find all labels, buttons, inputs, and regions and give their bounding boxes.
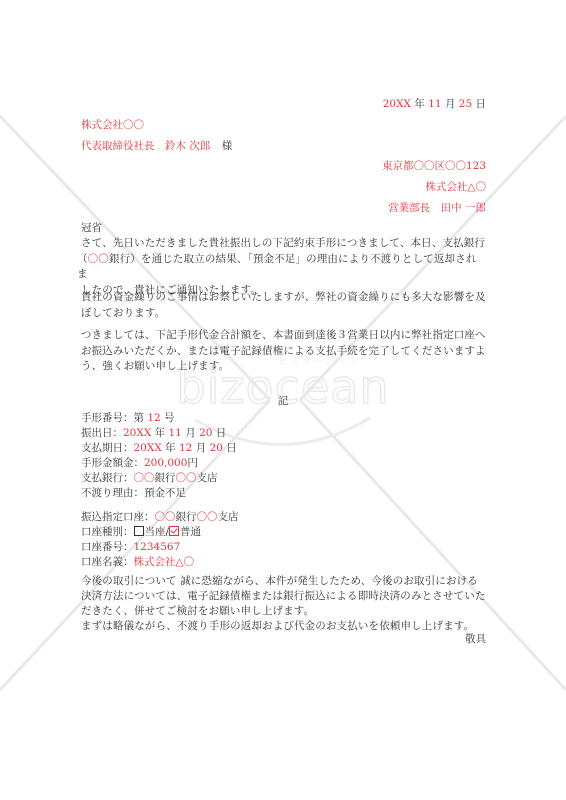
account-holder-value: 株式会社△〇 [134, 556, 195, 568]
detail-year: 20XX [123, 427, 151, 439]
sender-company: 株式会社△〇 [425, 180, 486, 194]
date-month: 11 [428, 98, 441, 110]
closing-p5-text: まずは略儀ながら、不渡り手形の返却および代金のお支払いを依頼申し上げます。 [81, 619, 487, 634]
account-bank-unit: 銀行 [176, 511, 197, 523]
sender-address: 東京都〇〇区〇〇123 [382, 159, 486, 173]
account-label: 振込指定口座： [81, 511, 155, 523]
detail-prefix: 第 [134, 412, 148, 424]
account-branch: 〇〇 [197, 511, 218, 523]
detail-amount: 手形金額金：200,000円 [81, 456, 198, 470]
recipient-company: 株式会社〇〇 [81, 118, 144, 132]
account-holder: 口座名義：株式会社△〇 [81, 555, 194, 569]
checkbox-ordinary-account[interactable] [169, 526, 179, 536]
detail-branch-unit: 支店 [197, 472, 218, 484]
date-year: 20XX [383, 98, 411, 110]
detail-label: 手形番号： [81, 412, 134, 424]
body-p2-text: 貴社の資金繰りのご事情はお察しいたしますが、弊社の資金繰りにも多大な影響を及ぼし… [81, 290, 487, 321]
detail-unit: 円 [187, 457, 198, 469]
sign-off: 敬具 [465, 632, 486, 646]
detail-year-unit: 年 [162, 442, 179, 454]
detail-month: 11 [169, 427, 182, 439]
detail-branch: 〇〇 [176, 472, 197, 484]
detail-month-unit: 月 [182, 427, 199, 439]
detail-month-unit: 月 [192, 442, 209, 454]
date-month-unit: 月 [445, 98, 456, 110]
detail-day-unit: 日 [223, 442, 237, 454]
detail-label: 支払銀行： [81, 472, 134, 484]
detail-label: 手形金額金： [81, 457, 144, 469]
date-year-unit: 年 [414, 98, 425, 110]
account-type-option-current: 当座 [145, 526, 166, 538]
recipient-title-name: 代表取締役社長 鈴木 次郎 [81, 140, 210, 152]
ki-heading: 記 [0, 394, 566, 408]
detail-year: 20XX [134, 442, 162, 454]
recipient-name-line: 代表取締役社長 鈴木 次郎 様 [81, 139, 232, 153]
document-page: 20XX 年 11 月 25 日 株式会社〇〇 代表取締役社長 鈴木 次郎 様 … [0, 0, 566, 800]
account-bank: 〇〇 [155, 511, 176, 523]
detail-value: 12 [147, 412, 160, 424]
detail-day: 20 [199, 427, 212, 439]
detail-bank: 〇〇 [134, 472, 155, 484]
closing-paragraph-1: 今後の取引について 誠に恐縮ながら、本件が発生したため、今後のお取引における決済… [81, 574, 487, 634]
detail-bank-unit: 銀行 [155, 472, 176, 484]
date-day: 25 [459, 98, 472, 110]
detail-year-unit: 年 [151, 427, 168, 439]
date-day-unit: 日 [476, 98, 487, 110]
detail-label: 支払期日： [81, 442, 134, 454]
body-paragraph-3: つきましては、下記手形代金合計額を、本書面到達後３営業日以内に弊社指定口座へお振… [81, 328, 487, 375]
account-type: 口座種別：当座/普通 [81, 525, 201, 539]
detail-note-number: 手形番号：第 12 号 [81, 411, 175, 425]
detail-paying-bank: 支払銀行：〇〇銀行〇〇支店 [81, 471, 218, 485]
body-p1-line-2: （〇〇銀行）を通じた取立の結果、「預金不足」の理由により不渡りとして返却されま [77, 252, 487, 283]
checkbox-current-account[interactable] [134, 526, 144, 536]
detail-day: 20 [210, 442, 223, 454]
detail-month: 12 [179, 442, 192, 454]
detail-suffix: 号 [161, 412, 175, 424]
closing-p4-text: 今後の取引について 誠に恐縮ながら、本件が発生したため、今後のお取引における決済… [81, 574, 487, 619]
detail-label: 振出日： [81, 427, 123, 439]
account-type-option-ordinary: 普通 [180, 526, 201, 538]
recipient-honorific: 様 [222, 140, 233, 152]
account-label: 口座名義： [81, 556, 134, 568]
salutation: 冠省 [81, 221, 102, 235]
body-p3-text: つきましては、下記手形代金合計額を、本書面到達後３営業日以内に弊社指定口座へお振… [81, 328, 487, 375]
body-paragraph-2: 貴社の資金繰りのご事情はお察しいたしますが、弊社の資金繰りにも多大な影響を及ぼし… [81, 290, 487, 321]
account-number: 口座番号：1234567 [81, 540, 180, 554]
detail-due-date: 支払期日：20XX 年 12 月 20 日 [81, 441, 237, 455]
detail-day-unit: 日 [212, 427, 226, 439]
detail-issue-date: 振出日：20XX 年 11 月 20 日 [81, 426, 226, 440]
paying-bank-placeholder: 〇〇 [88, 253, 109, 265]
body-paragraph-1: さて、先日いただきました貴社振出しの下記約束手形につきまして、本日、支払銀行 （… [81, 236, 487, 298]
body-p1-line-1: さて、先日いただきました貴社振出しの下記約束手形につきまして、本日、支払銀行 [81, 236, 487, 252]
account-number-value: 1234567 [134, 541, 181, 553]
letter-date: 20XX 年 11 月 25 日 [383, 97, 486, 111]
sender-title-name: 営業部長 田中 一郎 [388, 201, 486, 215]
account-label: 口座種別： [81, 526, 134, 538]
detail-label: 不渡り理由： [81, 487, 144, 499]
detail-value: 200,000 [144, 457, 187, 469]
detail-dishonor-reason: 不渡り理由：預金不足 [81, 486, 186, 500]
account-branch-unit: 支店 [218, 511, 239, 523]
account-designated: 振込指定口座：〇〇銀行〇〇支店 [81, 510, 239, 524]
account-label: 口座番号： [81, 541, 134, 553]
detail-value: 預金不足 [144, 487, 186, 499]
